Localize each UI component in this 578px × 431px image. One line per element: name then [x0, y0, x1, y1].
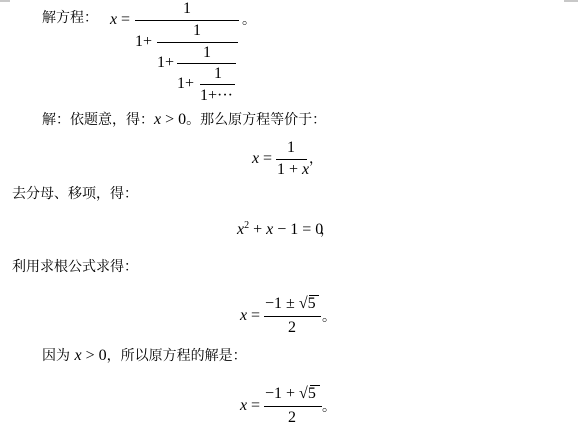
step2-equation: x2 + x − 1 = 0	[237, 222, 323, 238]
step4-text: 因为 x > 0，所以原方程的解是：	[42, 348, 247, 364]
step3-num-const: −1 ±	[265, 295, 299, 312]
step3-frac-bar	[264, 316, 321, 317]
cf-bar-3	[177, 63, 236, 64]
step4-eq-eq: =	[251, 398, 260, 414]
step1-eq-num: 1	[287, 140, 295, 156]
step2-eq-punct: ，	[320, 222, 334, 238]
step2-rest: − 1 = 0	[273, 221, 323, 238]
step3-sqrt-bar	[309, 295, 319, 296]
cf-den2-prefix: 1+	[157, 55, 174, 71]
step3-text: 利用求根公式求得：	[12, 259, 138, 275]
corner-mark-left	[0, 0, 10, 2]
step1-eq-punct: ，	[309, 151, 323, 167]
step4-text-b: ，所以原方程的解是：	[107, 348, 247, 364]
step1-text-b: 。那么原方程等价于：	[186, 112, 326, 128]
step2-text: 去分母、移项，得：	[12, 186, 138, 202]
cf-num-2: 1	[193, 23, 201, 39]
step3-eq-eq: =	[251, 308, 260, 324]
step4-eq-lhs: x	[240, 398, 247, 414]
step1-eq-lhs: x	[252, 151, 259, 167]
step4-eq-punct: 。	[322, 399, 336, 415]
problem-end-punct: 。	[242, 12, 256, 28]
step3-eq-punct: 。	[322, 309, 336, 325]
cf-num-3: 1	[203, 45, 211, 61]
step4-den: 2	[288, 410, 296, 426]
cf-num-1: 1	[183, 1, 191, 17]
step1-eq-eq: =	[263, 151, 272, 167]
step3-numerator: −1 ± √5	[265, 296, 316, 312]
step1-text: 解：依题意，得：x > 0。那么原方程等价于：	[42, 112, 326, 128]
step4-frac-bar	[264, 406, 322, 407]
step4-sqrt-bar	[310, 385, 320, 386]
step1-eq-den: 1 + x	[277, 162, 309, 178]
step3-eq-lhs: x	[240, 308, 247, 324]
step1-den-const: 1 +	[277, 161, 302, 178]
problem-label: 解方程：	[42, 10, 98, 26]
step1-text-a: 解：依题意，得：	[42, 112, 154, 128]
step4-cond-var: x	[74, 347, 81, 364]
problem-eq: =	[121, 12, 130, 28]
step4-num-const: −1 +	[265, 385, 299, 402]
step2-plus: +	[249, 221, 266, 238]
corner-mark-right	[564, 0, 578, 2]
cf-num-4: 1	[214, 66, 222, 82]
sqrt-icon: √	[299, 385, 308, 402]
step4-text-a: 因为	[42, 348, 74, 364]
cf-den3-prefix: 1+	[177, 76, 194, 92]
cf-bar-1	[135, 20, 239, 21]
step1-frac-bar	[276, 159, 307, 160]
sqrt-icon: √	[299, 295, 308, 312]
step4-cond-rest: > 0	[82, 347, 107, 364]
step4-numerator: −1 + √5	[265, 386, 316, 402]
cf-den1-prefix: 1+	[135, 34, 152, 50]
cf-den-4: 1+···	[200, 88, 233, 104]
step3-radicand: 5	[308, 295, 316, 312]
cf-bar-2	[157, 42, 238, 43]
step1-cond-rest: > 0	[161, 111, 186, 128]
step4-radicand: 5	[308, 385, 316, 402]
step3-den: 2	[288, 320, 296, 336]
problem-lhs: x	[110, 12, 117, 28]
cf-bar-4	[200, 84, 235, 85]
